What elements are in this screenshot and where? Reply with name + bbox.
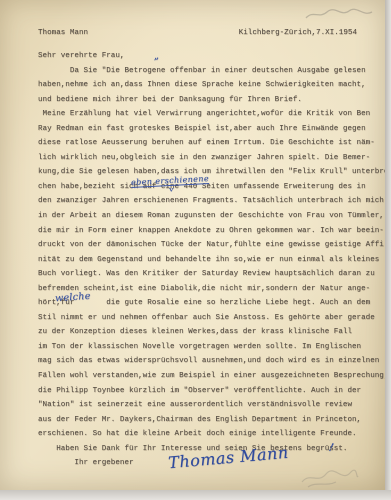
photo-edge-bottom <box>0 490 391 500</box>
pencil-annotation-bottom <box>296 464 362 490</box>
paragraph-2: Meine Erzählung hat viel Verwirrung ange… <box>38 107 383 442</box>
salutation: Sehr verehrte Frau, <box>38 49 383 64</box>
letter-page: Thomas Mann Kilchberg-Zürich,7.XI.1954 S… <box>0 0 385 490</box>
dateline: Kilchberg-Zürich,7.XI.1954 <box>239 26 357 41</box>
letter-body: Sehr verehrte Frau, Da Sie "Die Betrogen… <box>38 49 383 471</box>
photo-edge-right <box>385 0 391 500</box>
paragraph-1: Da Sie "Die Betrogene offenbar in einer … <box>38 64 383 108</box>
handwritten-quote-mark: ” <box>153 57 159 68</box>
insertion-caret: v <box>169 186 174 193</box>
letter-header: Thomas Mann Kilchberg-Zürich,7.XI.1954 <box>38 26 357 41</box>
sender-name: Thomas Mann <box>38 26 88 41</box>
pencil-annotation-top <box>303 5 375 23</box>
